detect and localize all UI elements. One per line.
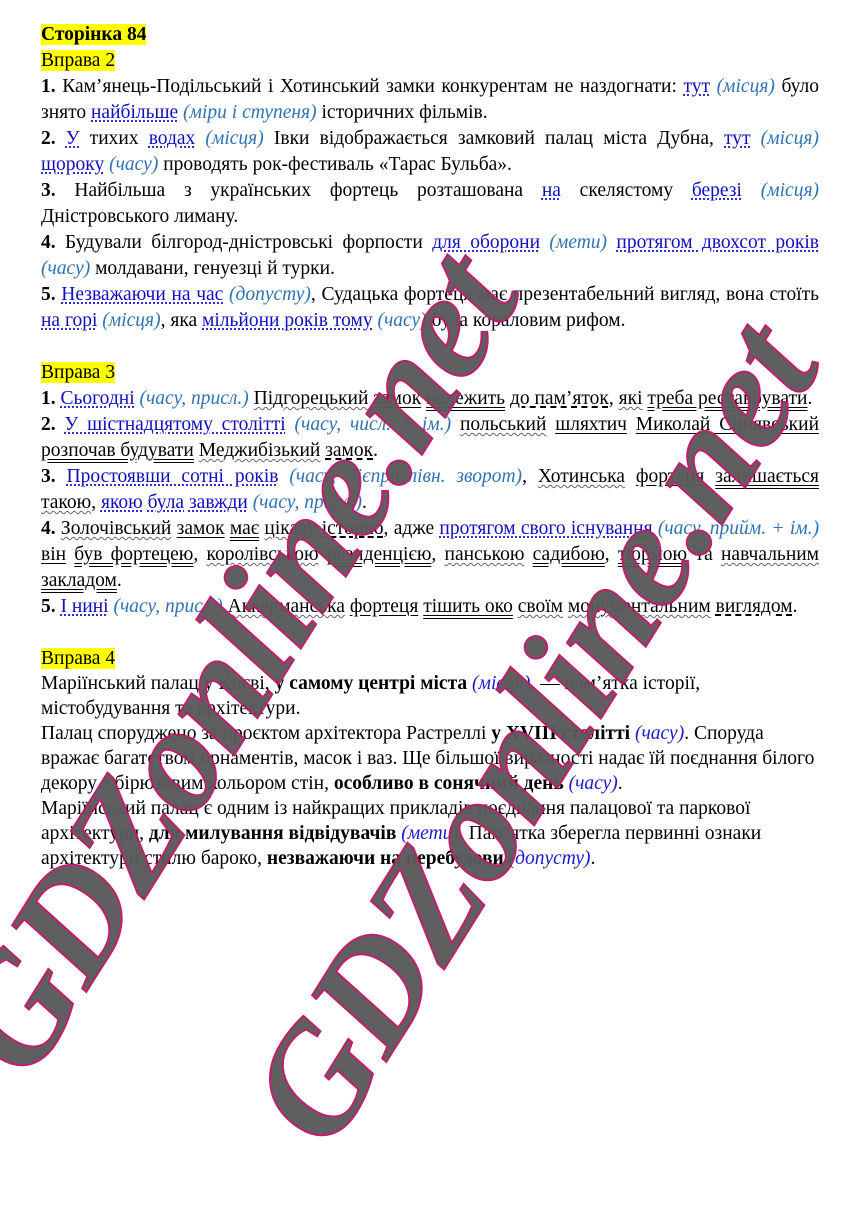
text: , (605, 544, 618, 565)
adverbial-phrase: протягом свого існування (439, 518, 652, 539)
subject-underline: Миколай Синявський (636, 414, 819, 435)
text: Івки відображається замковий палац міста… (264, 128, 724, 149)
role-label: (часу, прийм. + ім.) (658, 518, 819, 539)
item-number: 4. (41, 518, 56, 539)
role-label: (часу) (635, 723, 684, 744)
role-label: (місця) (472, 673, 530, 694)
attribute-underline: Підгорецький (254, 388, 369, 409)
subject-underline: фортеця (636, 466, 704, 487)
adverbial-phrase: для оборони (432, 232, 540, 253)
exercise-2-heading: Вправа 2 (41, 48, 819, 74)
adverbial-phrase: березі (692, 180, 742, 201)
text: молдавани, генуезці й турки. (90, 258, 335, 279)
adverbial-phrase: тут (683, 76, 710, 97)
text (195, 128, 205, 149)
adverbial-phrase: завжди (189, 492, 248, 513)
text: була кораловим рифом. (427, 310, 626, 331)
role-label: (часу, дієприслівн. зворот) (289, 466, 522, 487)
adverbial-phrase: мільйони років тому (202, 310, 373, 331)
exercise-item: 4. Будували білгород-дністровські форпос… (41, 230, 819, 282)
subject-underline: замок (373, 388, 421, 409)
text: . (591, 848, 596, 869)
role-label: (мети) (549, 232, 607, 253)
exercise-4-heading: Вправа 4 (41, 646, 819, 671)
adverbial-phrase: тут (724, 128, 751, 149)
adverbial-phrase: на (542, 180, 561, 201)
text: . (373, 440, 378, 461)
role-label: (часу, присл.) (140, 388, 249, 409)
attribute-underline: цікаву (264, 518, 316, 539)
predicate-underline: має (230, 518, 259, 539)
role-label: (мети) (401, 823, 459, 844)
text: . (807, 388, 812, 409)
attribute-underline: королівською (207, 544, 319, 565)
role-label: (місця) (761, 180, 819, 201)
bold-phrase: незважаючи на перебудови (267, 848, 504, 869)
attribute-underline: Золочівський (61, 518, 171, 539)
text (319, 544, 327, 565)
adverbial-phrase: І нині (61, 596, 109, 617)
adverbial-phrase: У шістнадцятому столітті (64, 414, 285, 435)
predicate-underline: тішить око (423, 596, 513, 617)
object-underline: виглядом (716, 596, 793, 617)
adverbial-phrase: протягом двохсот років (616, 232, 819, 253)
text (742, 180, 761, 201)
role-label: (часу) (569, 773, 618, 794)
text: , яка (161, 310, 202, 331)
attribute-underline: монументальним (568, 596, 711, 617)
role-label: (міри і ступеня) (183, 102, 317, 123)
role-label: (місця) (717, 76, 775, 97)
role-label: (часу, числ. + ім.) (295, 414, 452, 435)
subject-underline: він (41, 544, 66, 565)
text (278, 466, 289, 487)
item-number: 4. (41, 232, 56, 253)
subject-underline: шляхтич (555, 414, 627, 435)
predicate-underline: тюрмою (618, 544, 687, 565)
text: та (687, 544, 721, 565)
exercise-2: Вправа 2 1. Кам’янець-Подільський і Хоти… (41, 48, 819, 334)
item-number: 3. (41, 180, 56, 201)
text: Дністровського лиману. (41, 206, 238, 227)
object-underline: історію (322, 518, 384, 539)
text: . (117, 570, 122, 591)
adverbial-phrase: якою (101, 492, 143, 513)
attribute-underline: які (619, 388, 643, 409)
role-label: (часу, присл.) (253, 492, 362, 513)
attribute-underline: панською (445, 544, 525, 565)
exercise-item: 4. Золочівський замок має цікаву історію… (41, 516, 819, 594)
role-label: (допусту) (509, 848, 591, 869)
role-label: (місця) (205, 128, 263, 149)
predicate-underline: був фортецею (74, 544, 193, 565)
adverbial-phrase: водах (149, 128, 196, 149)
bold-phrase: для милування відвідувачів (149, 823, 396, 844)
item-number: 5. (41, 284, 56, 305)
exercise-4-paragraphs: Маріїнський палац у Києві, у самому цент… (41, 671, 819, 871)
text: скелястому (561, 180, 692, 201)
item-number: 1. (41, 76, 56, 97)
text: , (193, 544, 206, 565)
attribute-underline: Меджибізький (199, 440, 321, 461)
adverbial-phrase: була (148, 492, 184, 513)
role-label: (часу) (41, 258, 90, 279)
text: , (91, 492, 101, 513)
exercise-3-items: 1. Сьогодні (часу, присл.) Підгорецький … (41, 386, 819, 620)
text: , (522, 466, 538, 487)
text (56, 466, 67, 487)
page-title: Сторінка 84 (41, 22, 819, 48)
text (704, 466, 715, 487)
item-number: 1. (41, 388, 56, 409)
text (56, 128, 66, 149)
text (451, 414, 460, 435)
predicate-underline: належить (426, 388, 505, 409)
object-underline: до пам’яток (510, 388, 609, 409)
exercise-3: Вправа 3 1. Сьогодні (часу, присл.) Підг… (41, 360, 819, 620)
exercise-4-paragraph: Палац споруджено за проєктом архітектора… (41, 721, 819, 796)
bold-phrase: у самому центрі міста (275, 673, 468, 694)
adverbial-phrase: на горі (41, 310, 97, 331)
text (286, 414, 295, 435)
text (625, 466, 636, 487)
exercise-4: Вправа 4 Маріїнський палац у Києві, у са… (41, 646, 819, 871)
attribute-underline: такою (41, 492, 91, 513)
predicate-underline: розпочав будувати (41, 440, 194, 461)
text: . (362, 492, 367, 513)
bold-phrase: у XVIII столітті (491, 723, 630, 744)
adverbial-phrase: щороку (41, 154, 104, 175)
exercise-item: 2. У тихих водах (місця) Івки відображає… (41, 126, 819, 178)
text (710, 76, 717, 97)
text: , адже (384, 518, 440, 539)
subject-underline: замок (177, 518, 225, 539)
predicate-underline: треба реставрувати (647, 388, 807, 409)
attribute-underline: Аккерманська (228, 596, 345, 617)
text: тихих (80, 128, 149, 149)
item-number: 3. (41, 466, 56, 487)
exercise-item: 1. Кам’янець-Подільський і Хотинський за… (41, 74, 819, 126)
role-label: (часу) (109, 154, 158, 175)
predicate-underline: залишається (715, 466, 819, 487)
predicate-underline: закладом (41, 570, 117, 591)
text: , Судацька фортеця має презентабельний в… (311, 284, 819, 305)
adverbial-phrase: Сьогодні (61, 388, 135, 409)
text: проводять рок-фестиваль «Тарас Бульба». (158, 154, 512, 175)
role-label: (допусту) (229, 284, 311, 305)
item-number: 2. (41, 128, 56, 149)
exercise-item: 2. У шістнадцятому столітті (часу, числ.… (41, 412, 819, 464)
adverbial-phrase: У (66, 128, 80, 149)
object-underline: замок (325, 440, 373, 461)
adverbial-phrase: Простоявши сотні років (67, 466, 279, 487)
text: Найбільша з українських фортець розташов… (56, 180, 542, 201)
predicate-underline: резиденцією (327, 544, 432, 565)
exercise-2-items: 1. Кам’янець-Подільський і Хотинський за… (41, 74, 819, 334)
text: історичних фільмів. (317, 102, 488, 123)
exercise-item: 1. Сьогодні (часу, присл.) Підгорецький … (41, 386, 819, 412)
exercise-3-heading: Вправа 3 (41, 360, 819, 386)
attribute-underline: навчальним (721, 544, 819, 565)
attribute-underline: Хотинська (538, 466, 625, 487)
document-page: Сторінка 84 Вправа 2 1. Кам’янець-Поділь… (41, 22, 819, 871)
text: Будували білгород-дністровські форпости (56, 232, 433, 253)
adverbial-phrase: найбільше (91, 102, 178, 123)
text (751, 128, 761, 149)
item-number: 2. (41, 414, 56, 435)
text (546, 414, 555, 435)
role-label: (місця) (102, 310, 160, 331)
text: , (431, 544, 444, 565)
exercise-4-paragraph: Маріїнський палац є одним із найкращих п… (41, 796, 819, 871)
role-label: (часу) (377, 310, 426, 331)
role-label: (часу, присл.) (113, 596, 222, 617)
attribute-underline: своїм (518, 596, 563, 617)
text (524, 544, 532, 565)
bold-phrase: особливо в сонячний день (334, 773, 564, 794)
text (627, 414, 636, 435)
item-number: 5. (41, 596, 56, 617)
predicate-underline: садибою (533, 544, 605, 565)
role-label: (місця) (761, 128, 819, 149)
exercise-item: 3. Простоявши сотні років (часу, дієприс… (41, 464, 819, 516)
text (607, 232, 616, 253)
text: . (793, 596, 798, 617)
text: Маріїнський палац у Києві, (41, 673, 275, 694)
text: , (609, 388, 619, 409)
text: . (618, 773, 623, 794)
exercise-item: 5. І нині (часу, присл.) Аккерманська фо… (41, 594, 819, 620)
adverbial-phrase: Незважаючи на час (61, 284, 223, 305)
text (540, 232, 549, 253)
text: Палац споруджено за проєктом архітектора… (41, 723, 491, 744)
text: Кам’янець-Подільський і Хотинський замки… (56, 76, 684, 97)
exercise-item: 3. Найбільша з українських фортець розта… (41, 178, 819, 230)
attribute-underline: польський (460, 414, 546, 435)
subject-underline: фортеця (350, 596, 418, 617)
exercise-item: 5. Незважаючи на час (допусту), Судацька… (41, 282, 819, 334)
exercise-4-paragraph: Маріїнський палац у Києві, у самому цент… (41, 671, 819, 721)
